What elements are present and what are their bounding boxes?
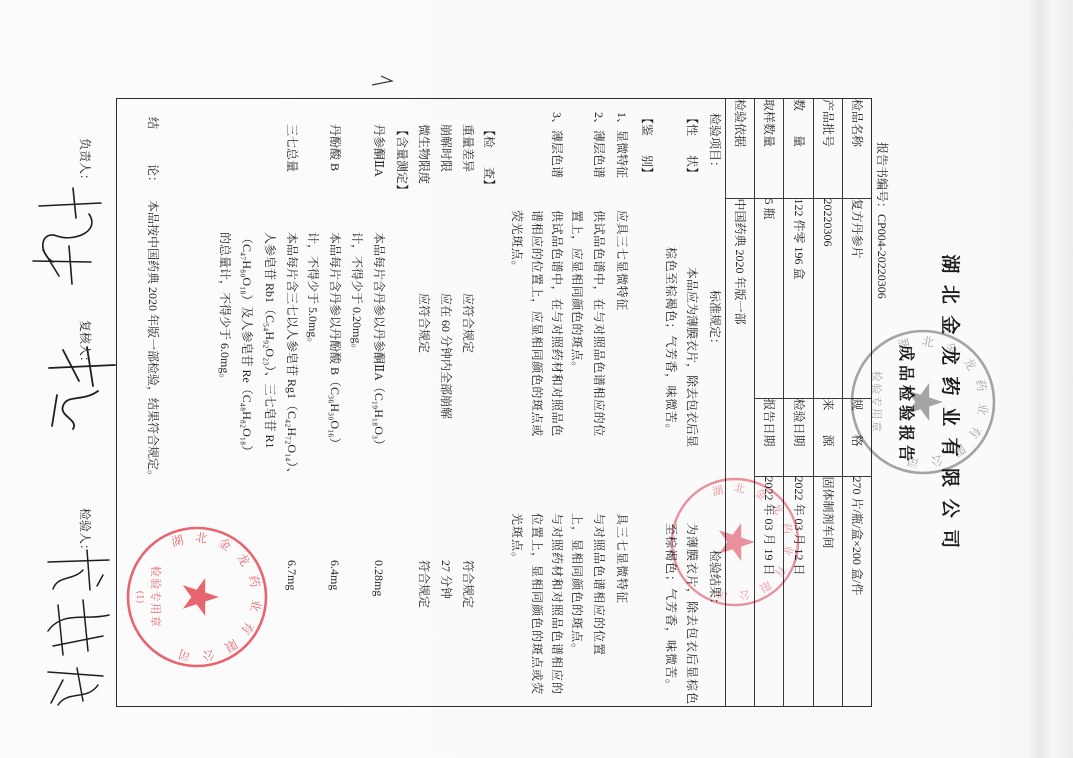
result-line: 符合规定 bbox=[417, 560, 431, 608]
basis-label: 检验依据 bbox=[734, 99, 748, 147]
result-line: 符合规定 bbox=[461, 560, 475, 608]
standard-line: 本品应为薄膜衣片，除去包衣后显 bbox=[685, 267, 699, 447]
item-name: 丹酚酸 B bbox=[328, 124, 342, 171]
result-line: 27 分钟 bbox=[439, 560, 453, 599]
item-name: 三七总量 bbox=[285, 124, 299, 172]
basis-value: 中国药典 2020 年版一部 bbox=[726, 198, 755, 706]
section-heading-assay: 【含量测定】 bbox=[395, 124, 409, 196]
standard-line: 应符合规定 bbox=[461, 293, 475, 353]
inspection-report-page: 湖 北 金 龙 药 业 有 限 公 司 成品检验报告 报告书编号：CP004-2… bbox=[0, 0, 1073, 758]
header-value: 122 件零 196 盒 bbox=[784, 198, 814, 398]
standard-line: 本品每片含三七以人参皂苷 Rg1（C₄₂H₇₂O₁₄）、 bbox=[285, 232, 299, 479]
items-heading: 检验项目： bbox=[708, 113, 722, 173]
header-row: 数 量 122 件零 196 盒 检验日期 2022 年 03 月 12 日 bbox=[784, 99, 814, 706]
standard-line: 供试品色谱中，在与对照品色谱相应的位 bbox=[592, 210, 606, 437]
header-label: 产品批号 bbox=[822, 99, 836, 147]
header-value: 270 片/瓶/盒×200 盒/件 bbox=[843, 476, 871, 706]
section-heading-identification: 【鉴 别】 bbox=[640, 112, 654, 179]
result-line: 6.4mg bbox=[328, 560, 342, 590]
result-heading: 检验结果： bbox=[708, 550, 722, 610]
standard-line: 棕色至棕褐色；气芳香，味微苦。 bbox=[664, 247, 678, 436]
standard-line: 应在 60 分钟内全部崩解 bbox=[439, 293, 453, 419]
header-value: 2022 年 03 月 12 日 bbox=[784, 476, 814, 706]
reviewer-label: 复核人： bbox=[78, 320, 92, 368]
header-value: 2022 年 03 月 19 日 bbox=[755, 476, 784, 706]
standard-line: 置上，应显相同颜色的斑点。 bbox=[570, 210, 584, 374]
result-line: 与对照品色谱相应的位置 bbox=[592, 513, 606, 656]
header-label: 报告日期 bbox=[763, 399, 777, 447]
header-value: 复方丹参片 bbox=[843, 198, 871, 398]
report-number-value: CP004-20220306 bbox=[875, 214, 889, 299]
basis-row: 检验依据 中国药典 2020 年版一部 bbox=[726, 99, 755, 706]
report-title: 成品检验报告 bbox=[896, 330, 914, 480]
header-row: 取样数量 5 瓶 报告日期 2022 年 03 月 19 日 bbox=[755, 99, 784, 706]
seal-inner-text: 检验专用章 bbox=[870, 371, 884, 434]
item-name: 重量差异 bbox=[461, 124, 475, 172]
section-heading-appearance: 【性 状】 bbox=[685, 112, 699, 179]
header-label: 规 格 bbox=[850, 399, 864, 447]
responsible-label: 负责人： bbox=[78, 138, 92, 186]
standard-line: 的总量计，不得少于 6.0mg。 bbox=[218, 232, 232, 385]
conclusion-text: 本品按中国药典 2020 年版一部检验，结果符合规定。 bbox=[146, 200, 160, 482]
standard-line: 供试品色谱中，在与对照药材和对照品色 bbox=[550, 210, 564, 437]
header-value: 5 瓶 bbox=[755, 198, 784, 398]
standard-heading: 标准规定： bbox=[708, 290, 722, 350]
result-line: 0.28mg bbox=[372, 560, 386, 596]
result-line: 具三七显微特征 bbox=[615, 513, 629, 604]
result-line: 与对照药材和对照品色谱相应的 bbox=[550, 513, 564, 695]
standard-line: 计，不得少于 0.20mg。 bbox=[350, 232, 364, 355]
standard-line: （C₄₇H₈₀O₁₈）及人参皂苷 Re（C₄₈H₈₂O₁₈） bbox=[240, 232, 254, 457]
header-table: 检品名称 复方丹参片 规 格 270 片/瓶/盒×200 盒/件 产品批号 20… bbox=[726, 99, 872, 706]
result-line: 为薄膜衣片，除去包衣后显棕色 bbox=[685, 523, 699, 705]
header-value: 固体制剂车间 bbox=[814, 476, 843, 706]
standard-line: 人参皂苷 Rb1（C₅₄H₉₂O₂₃）、三七皂苷 R1 bbox=[263, 232, 277, 448]
item-name: 1、显微特征 bbox=[615, 112, 629, 178]
item-name: 崩解时限 bbox=[439, 124, 453, 172]
company-title: 湖 北 金 龙 药 业 有 限 公 司 bbox=[938, 230, 960, 576]
item-name: 丹参酮ⅡA bbox=[372, 124, 386, 177]
header-row: 产品批号 20220306 来 源 固体制剂车间 bbox=[814, 99, 843, 706]
header-label: 取样数量 bbox=[763, 99, 777, 147]
standard-line: 本品每片含丹参以丹酚酸 B（C₃₆H₃₀O₁₆） bbox=[328, 232, 342, 449]
inspector-label: 检验人： bbox=[78, 508, 92, 556]
header-label: 检品名称 bbox=[850, 99, 864, 147]
conclusion-label: 结 论： bbox=[146, 117, 160, 188]
header-label: 来 源 bbox=[822, 399, 836, 447]
section-heading-tests: 【检 查】 bbox=[482, 124, 496, 191]
header-label: 检验日期 bbox=[792, 399, 806, 447]
standard-line: 本品每片含丹参以丹参酮ⅡA（C₁₉H₁₈O₃） bbox=[372, 232, 386, 451]
header-label: 数 量 bbox=[792, 99, 806, 147]
header-row: 检品名称 复方丹参片 规 格 270 片/瓶/盒×200 盒/件 bbox=[843, 99, 871, 706]
standard-line: 计，不得少于 5.0mg。 bbox=[306, 232, 320, 349]
item-name: 2、薄层色谱 bbox=[592, 112, 606, 178]
result-line: 位置上，显相同颜色的斑点或荧 bbox=[530, 513, 544, 695]
standard-line: 应符合规定 bbox=[417, 293, 431, 353]
result-line: 6.7mg bbox=[285, 560, 299, 590]
report-number: 报告书编号：CP004-20220306 bbox=[875, 142, 889, 299]
item-name: 微生物限度 bbox=[417, 124, 431, 184]
item-name: 3、薄层色谱 bbox=[550, 112, 564, 178]
standard-line: 谱相应的位置上，应显相同颜色的斑点或 bbox=[530, 210, 544, 437]
result-line: 至棕褐色；气芳香，味微苦。 bbox=[664, 523, 678, 692]
result-line: 光斑点。 bbox=[510, 513, 524, 565]
header-value: 20220306 bbox=[814, 198, 843, 398]
report-number-label: 报告书编号： bbox=[875, 142, 889, 214]
standard-line: 荧光斑点。 bbox=[510, 210, 524, 273]
result-line: 上，显相同颜色的斑点。 bbox=[570, 513, 584, 656]
standard-line: 应具三七显微特征 bbox=[615, 210, 629, 311]
